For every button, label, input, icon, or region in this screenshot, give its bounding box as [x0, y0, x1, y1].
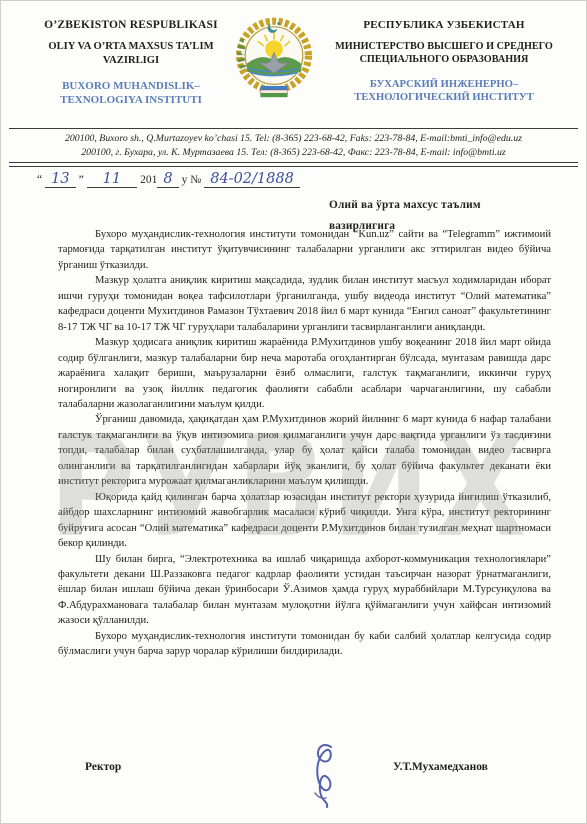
- ministry-name-ru: МИНИСТЕРСТВО ВЫСШЕГО И СРЕДНЕГО СПЕЦИАЛЬ…: [317, 40, 571, 67]
- country-name-uz: O’ZBEKISTON RESPUBLIKASI: [27, 19, 235, 31]
- handwritten-day: 13: [45, 171, 75, 188]
- year-printed: 201: [140, 174, 157, 186]
- header-divider-line: [9, 128, 578, 129]
- letter-body: Бухоро муҳандислик-технология институти …: [58, 227, 551, 660]
- handwritten-year-digit: 8: [157, 171, 178, 188]
- address-line-ru: 200100, г. Бухара, ул. К. Муртазаева 15.…: [1, 146, 586, 160]
- reference-date-line: “ 13 ” 11 2018 у № 84-02/1888: [37, 171, 300, 187]
- paragraph-5: Юқорида қайд қилинган барча ҳолатлар юза…: [58, 490, 551, 552]
- address-block: 200100, Buxoro sh., Q.Murtazoyev ko’chas…: [1, 132, 586, 160]
- letterhead-uzbek-block: O’ZBEKISTON RESPUBLIKASI OLIY VA O’RTA M…: [27, 19, 235, 107]
- handwritten-signature-icon: [301, 741, 349, 809]
- paragraph-7: Бухоро муҳандислик-технология институти …: [58, 629, 551, 660]
- handwritten-ref-number: 84-02/1888: [204, 171, 300, 188]
- letterhead-russian-block: РЕСПУБЛИКА УЗБЕКИСТАН МИНИСТЕРСТВО ВЫСШЕ…: [317, 19, 571, 105]
- addressee-line1: Олий ва ўрта махсус таълим: [329, 195, 567, 216]
- number-label: у №: [182, 174, 202, 186]
- paragraph-1: Бухоро муҳандислик-технология институти …: [58, 227, 551, 273]
- handwritten-month: 11: [87, 171, 137, 188]
- uzbekistan-state-emblem-icon: [234, 15, 314, 101]
- address-line-uz: 200100, Buxoro sh., Q.Murtazoyev ko’chas…: [1, 132, 586, 146]
- institute-name-uz: BUXORO MUHANDISLIK– TEXNOLOGIYA INSTITUT…: [27, 79, 235, 108]
- ministry-name-uz: OLIY VA O’RTA MAXSUS TA’LIM VAZIRLIGI: [27, 40, 235, 68]
- open-quote: “: [37, 174, 42, 186]
- paragraph-3: Мазкур ҳодисага аниқлик киритиш жараёнид…: [58, 335, 551, 412]
- close-quote: ”: [79, 174, 84, 186]
- paragraph-6: Шу билан бирга, “Электротехника ва ишлаб…: [58, 552, 551, 629]
- address-divider-double-line: [9, 162, 578, 167]
- paragraph-2: Мазкур ҳолатга аниқлик киритиш мақсадида…: [58, 273, 551, 335]
- paragraph-4: Ўрганиш давомида, ҳақиқатдан ҳам Р.Мухит…: [58, 412, 551, 489]
- country-name-ru: РЕСПУБЛИКА УЗБЕКИСТАН: [317, 19, 571, 31]
- signer-title: Ректор: [85, 761, 121, 773]
- institute-name-ru: БУХАРСКИЙ ИНЖЕНЕРНО– ТЕХНОЛОГИЧЕСКИЙ ИНС…: [317, 78, 571, 106]
- signer-name: У.Т.Мухамедханов: [393, 761, 488, 773]
- scanned-letter-page: O’ZBEKISTON RESPUBLIKASI OLIY VA O’RTA M…: [0, 0, 587, 824]
